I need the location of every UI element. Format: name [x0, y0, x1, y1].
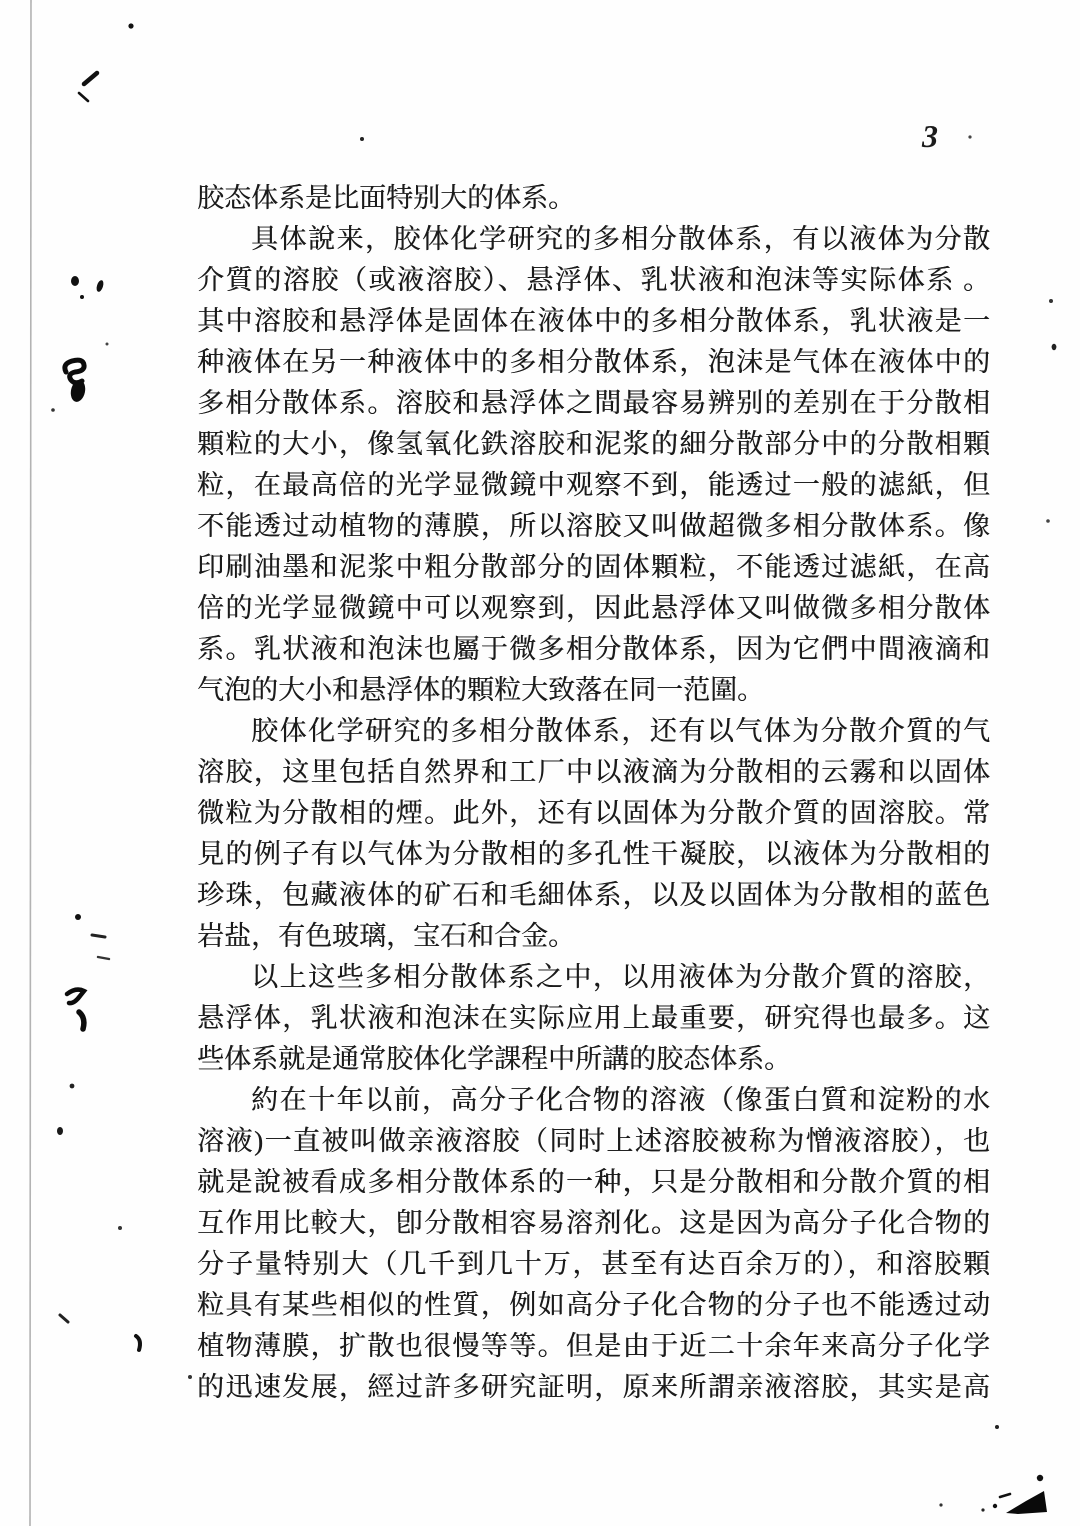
text-line: 以上这些多相分散体系之中，以用液体为分散介質的溶胶， — [197, 957, 990, 998]
ink-speck — [188, 1375, 192, 1379]
ink-speck — [118, 1226, 122, 1230]
paragraph: 約在十年以前，高分子化合物的溶液（像蛋白質和淀粉的水溶液)一直被叫做亲液溶胶（同… — [197, 1080, 990, 1408]
text-line: 系。乳状液和泡沫也屬于微多相分散体系，因为它們中間液滴和 — [197, 629, 990, 670]
ink-smudge — [98, 957, 109, 959]
ink-speck — [51, 408, 55, 412]
ink-mark — [79, 1012, 84, 1029]
ink-speck — [1037, 1475, 1043, 1481]
ink-speck — [75, 914, 81, 920]
text-line: 悬浮体，乳状液和泡沫在实际应用上最重要，研究得也最多。这 — [197, 998, 990, 1039]
text-line: 顆粒的大小，像氢氧化鉄溶胶和泥浆的細分散部分中的分散相顆 — [197, 424, 990, 465]
text-line: 气泡的大小和悬浮体的顆粒大致落在同一范圍。 — [197, 670, 990, 711]
ink-smudge — [84, 73, 97, 84]
scan-edge-line — [30, 0, 31, 1526]
text-line: 植物薄膜，扩散也很慢等等。但是由于近二十余年来高分子化学 — [197, 1326, 990, 1367]
ink-speck — [995, 1425, 999, 1429]
ink-speck — [1046, 519, 1050, 523]
ink-speck — [1049, 299, 1053, 303]
ink-speck — [70, 1084, 75, 1089]
ink-speck — [360, 137, 364, 141]
text-line: 其中溶胶和悬浮体是固体在液体中的多相分散体系，乳状液是一 — [197, 301, 990, 342]
text-line: 介質的溶胶（或液溶胶）、悬浮体、乳状液和泡沫等实际体系 。 — [197, 260, 990, 301]
ink-speck — [968, 135, 971, 138]
text-line: 岩盐，有色玻璃，宝石和合金。 — [197, 916, 990, 957]
ink-speck — [106, 343, 109, 346]
text-line: 溶胶，这里包括自然界和工厂中以液滴为分散相的云霧和以固体 — [197, 752, 990, 793]
ink-speck — [80, 295, 84, 299]
page-number: 3 — [922, 118, 938, 155]
text-line: 粒，在最高倍的光学显微鏡中观察不到，能透过一般的滤紙，但 — [197, 465, 990, 506]
paragraph: 具体說来，胶体化学研究的多相分散体系，有以液体为分散介質的溶胶（或液溶胶）、悬浮… — [197, 219, 990, 711]
ink-speck — [939, 1503, 942, 1506]
ink-smudge — [79, 93, 88, 101]
corner-shadow — [1006, 1491, 1047, 1514]
ink-blot — [71, 276, 79, 286]
ink-blot — [95, 279, 104, 292]
text-line: 胶态体系是比面特别大的体系。 — [197, 178, 990, 219]
text-line: 具体說来，胶体化学研究的多相分散体系，有以液体为分散 — [197, 219, 990, 260]
ink-mark — [67, 990, 84, 1004]
text-block: 胶态体系是比面特别大的体系。具体說来，胶体化学研究的多相分散体系，有以液体为分散… — [197, 178, 990, 1408]
text-line: 約在十年以前，高分子化合物的溶液（像蛋白質和淀粉的水 — [197, 1080, 990, 1121]
text-line: 珍珠，包藏液体的矿石和毛細体系，以及以固体为分散相的蓝色 — [197, 875, 990, 916]
text-line: 多相分散体系。溶胶和悬浮体之間最容易辨别的差别在于分散相 — [197, 383, 990, 424]
ink-speck — [993, 1504, 997, 1508]
text-line: 粒具有某些相似的性質，例如高分子化合物的分子也不能透过动 — [197, 1285, 990, 1326]
paragraph: 胶体化学研究的多相分散体系，还有以气体为分散介質的气溶胶，这里包括自然界和工厂中… — [197, 711, 990, 957]
ink-blot — [69, 379, 87, 403]
text-line: 見的例子有以气体为分散相的多孔性干凝胶，以液体为分散相的 — [197, 834, 990, 875]
ink-smudge — [92, 935, 105, 937]
text-line: 互作用比較大，卽分散相容易溶剂化。这是因为高分子化合物的 — [197, 1203, 990, 1244]
text-line: 的迅速发展，經过許多研究証明，原来所謂亲液溶胶，其实是高 — [197, 1367, 990, 1408]
ink-speck — [128, 23, 133, 28]
text-line: 就是說被看成多相分散体系的一种，只是分散相和分散介質的相 — [197, 1162, 990, 1203]
text-line: 倍的光学显微鏡中可以观察到，因此悬浮体又叫做微多相分散体 — [197, 588, 990, 629]
scanned-page: 3 胶态体系是比面特别大的体系。具体說来，胶体化学研究的多相分散体系，有以液体为… — [0, 0, 1080, 1526]
text-line: 分子量特别大（几千到几十万，甚至有达百余万的），和溶胶顆 — [197, 1244, 990, 1285]
paragraph: 以上这些多相分散体系之中，以用液体为分散介質的溶胶，悬浮体，乳状液和泡沫在实际应… — [197, 957, 990, 1080]
ink-smudge — [1000, 1494, 1010, 1497]
text-line: 胶体化学研究的多相分散体系，还有以气体为分散介質的气 — [197, 711, 990, 752]
ink-scribble — [65, 360, 84, 383]
text-line: 种液体在另一种液体中的多相分散体系，泡沫是气体在液体中的 — [197, 342, 990, 383]
text-line: 些体系就是通常胶体化学課程中所講的胶态体系。 — [197, 1039, 990, 1080]
ink-smudge — [60, 1315, 68, 1322]
ink-mark — [136, 1336, 140, 1350]
text-line: 不能透过动植物的薄膜，所以溶胶又叫做超微多相分散体系。像 — [197, 506, 990, 547]
ink-speck — [981, 1508, 984, 1511]
text-line: 印刷油墨和泥浆中粗分散部分的固体顆粒，不能透过滤紙，在高 — [197, 547, 990, 588]
ink-speck — [1052, 344, 1057, 350]
paragraph: 胶态体系是比面特别大的体系。 — [197, 178, 990, 219]
text-line: 溶液)一直被叫做亲液溶胶（同时上述溶胶被称为憎液溶胶），也 — [197, 1121, 990, 1162]
ink-speck — [57, 1127, 63, 1135]
text-line: 微粒为分散相的煙。此外，还有以固体为分散介質的固溶胶。常 — [197, 793, 990, 834]
